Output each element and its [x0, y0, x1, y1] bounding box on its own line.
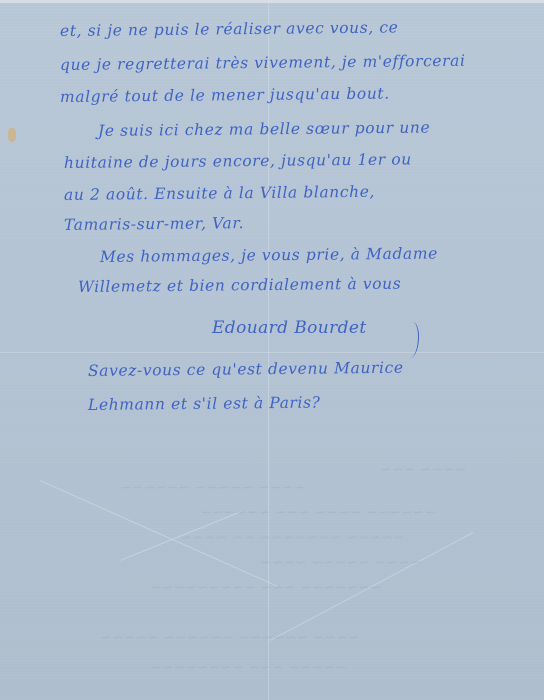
letter-line: au 2 août. Ensuite à la Villa blanche, — [64, 183, 375, 204]
bleed-through-text: ~~~~ ~~~~~~ ~~~~~~ ~~~~~ — [100, 630, 360, 646]
letter-line: et, si je ne puis le réaliser avec vous,… — [60, 18, 399, 40]
paper-top-edge — [0, 0, 544, 3]
bleed-through-text: ~~~~~ ~~~~~~~ ~~ ~~~~ — [180, 530, 405, 546]
letter-line: malgré tout de le mener jusqu'au bout. — [60, 85, 390, 106]
letter-line: huitaine de jours encore, jusqu'au 1er o… — [64, 150, 412, 172]
bleed-through-text: ~~~~~ ~~~ ~~~~~~~~ — [150, 660, 347, 676]
bleed-through-text: ~~~~ ~~~ — [380, 462, 467, 478]
horizontal-fold-line — [0, 352, 544, 354]
letter-line: Willemetz et bien cordialement à vous — [78, 275, 401, 296]
bleed-through-text: ~~~~~~ ~~~~ ~~~ ~~~~~~ — [200, 505, 436, 521]
letter-line: que je regretterai très vivement, je m'e… — [60, 52, 466, 74]
letter-line: Tamaris-sur-mer, Var. — [64, 214, 244, 234]
letter-line: Mes hommages, je vous prie, à Madame — [100, 244, 438, 266]
paper-stain — [8, 128, 16, 142]
letter-line: Je suis ici chez ma belle sœur pour une — [98, 119, 430, 140]
letter-paper: ~~~~ ~~~ ~~~~ ~~~~~ ~~~~~~ ~~~~~~ ~~~~ ~… — [0, 0, 544, 700]
signature: Edouard Bourdet — [212, 318, 367, 339]
bleed-through-text: ~~~~ ~~~~~ ~~~~~~ — [120, 480, 305, 496]
bleed-through-text: ~~~~~~~ ~~~ ~~~~~~~~~ — [150, 580, 382, 596]
bleed-through-text: ~~~~ ~~~~~ ~~~~ — [260, 555, 421, 571]
postscript-line: Lehmann et s'il est à Paris? — [88, 394, 321, 414]
postscript-line: Savez-vous ce qu'est devenu Maurice — [88, 359, 404, 380]
